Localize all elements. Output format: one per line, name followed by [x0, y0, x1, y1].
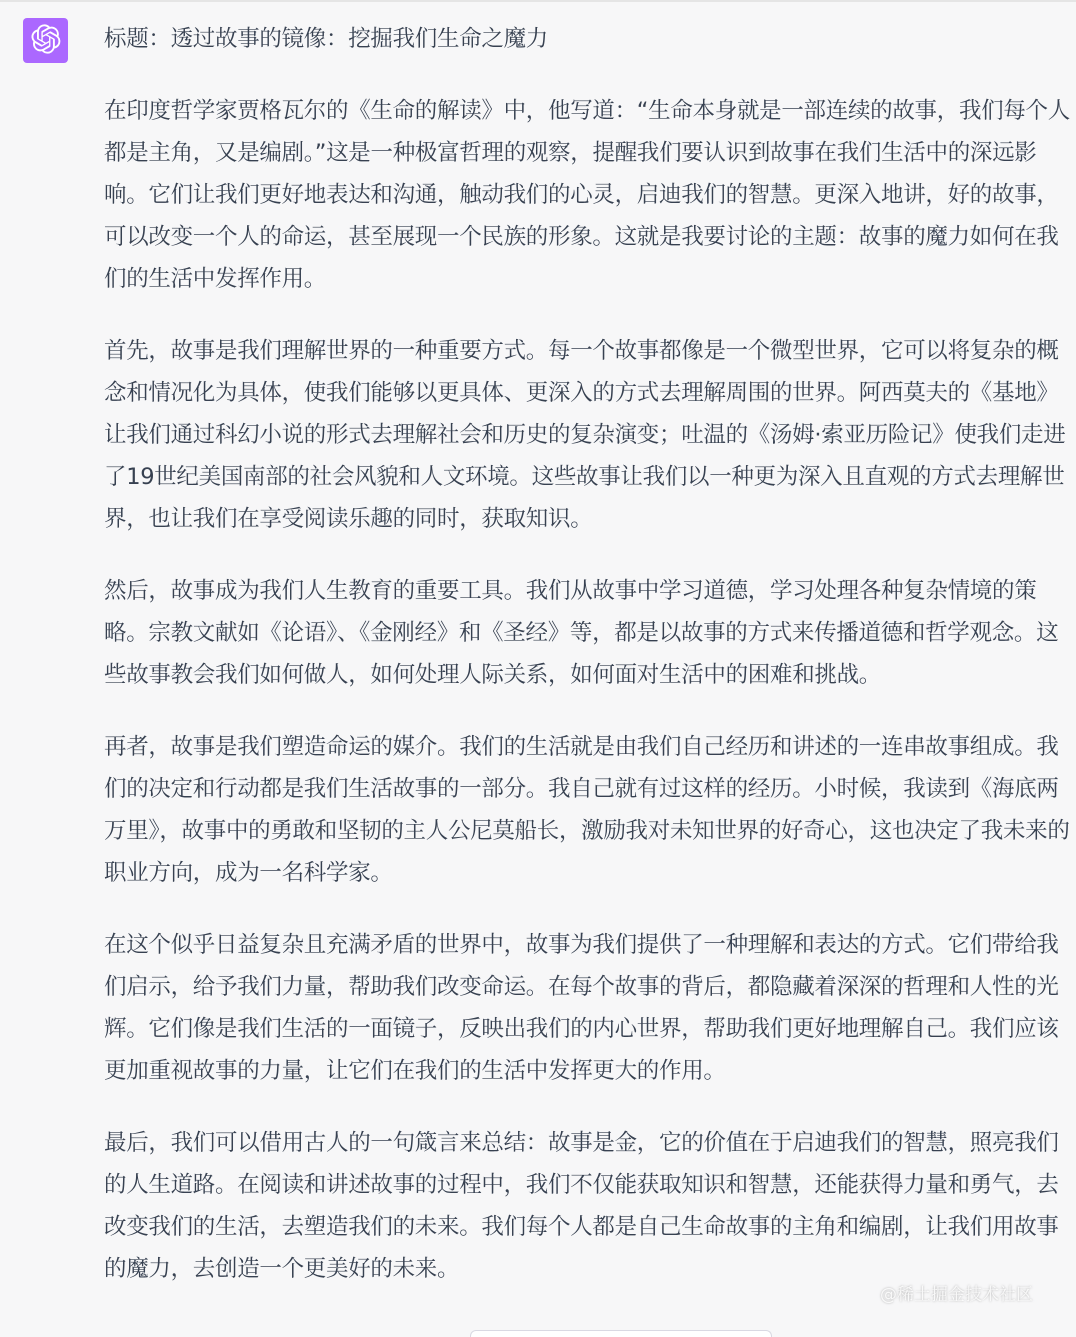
paragraph-furthermore: 再者，故事是我们塑造命运的媒介。我们的生活就是由我们自己经历和讲述的一连串故事组…	[104, 726, 1076, 894]
paragraph-world: 在这个似乎日益复杂且充满矛盾的世界中，故事为我们提供了一种理解和表达的方式。它们…	[104, 924, 1076, 1092]
bottom-input-edge	[470, 1330, 772, 1337]
paragraph-then: 然后，故事成为我们人生教育的重要工具。我们从故事中学习道德，学习处理各种复杂情境…	[104, 570, 1076, 696]
assistant-avatar	[23, 18, 68, 63]
essay-title: 标题：透过故事的镜像：挖掘我们生命之魔力	[104, 18, 1076, 60]
paragraph-conclusion: 最后，我们可以借用古人的一句箴言来总结：故事是金，它的价值在于启迪我们的智慧，照…	[104, 1122, 1076, 1290]
openai-logo-icon	[31, 24, 61, 58]
watermark: @稀土掘金技术社区	[880, 1280, 1033, 1305]
assistant-message: 标题：透过故事的镜像：挖掘我们生命之魔力 在印度哲学家贾格瓦尔的《生命的解读》中…	[0, 0, 1076, 1337]
message-content: 标题：透过故事的镜像：挖掘我们生命之魔力 在印度哲学家贾格瓦尔的《生命的解读》中…	[104, 18, 1076, 1320]
paragraph-intro: 在印度哲学家贾格瓦尔的《生命的解读》中，他写道：“生命本身就是一部连续的故事，我…	[104, 90, 1076, 300]
paragraph-first: 首先，故事是我们理解世界的一种重要方式。每一个故事都像是一个微型世界，它可以将复…	[104, 330, 1076, 540]
